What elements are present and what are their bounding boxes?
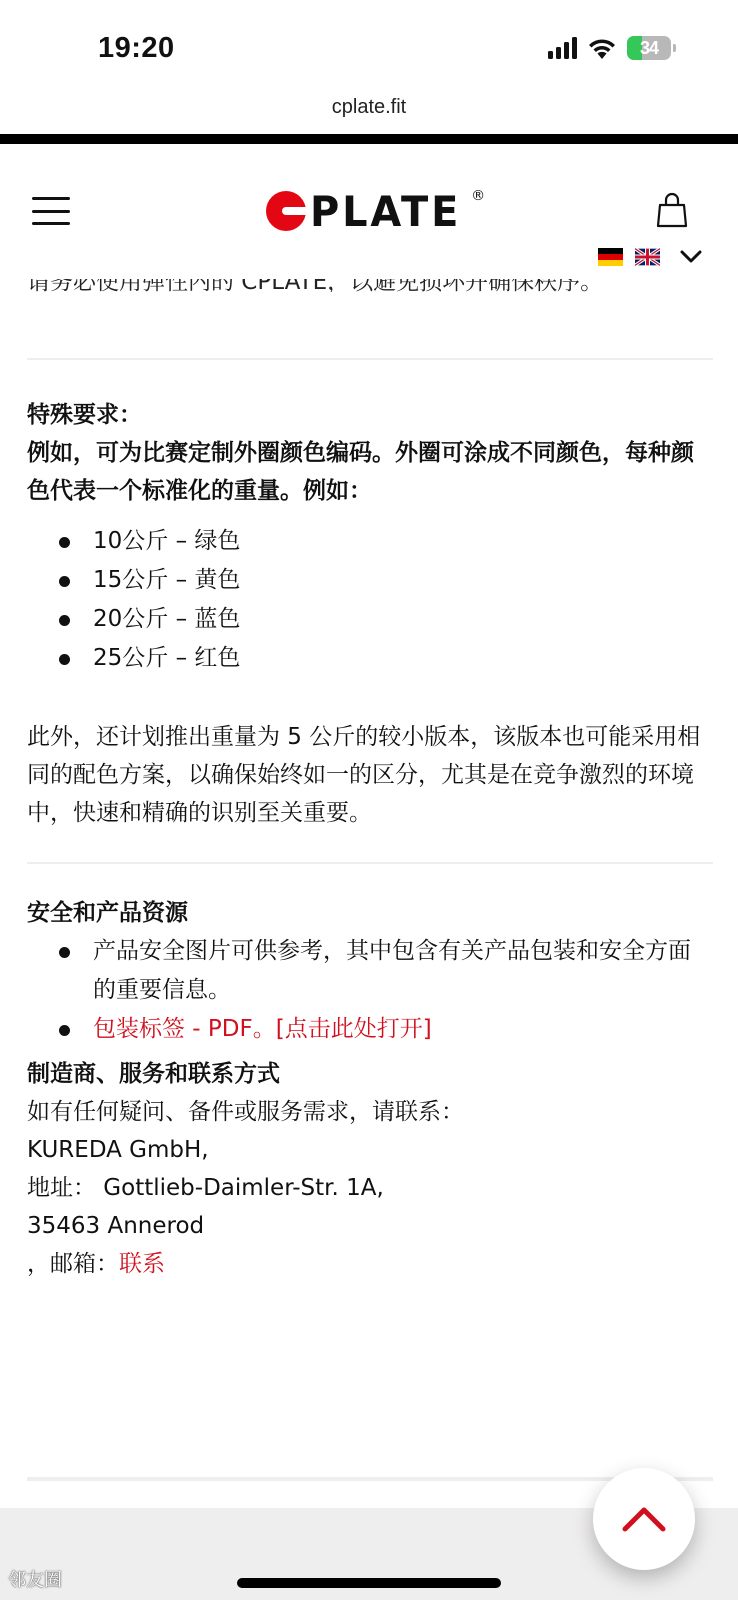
packaging-label-pdf-link[interactable]: 包装标签 - PDF。[点击此处打开] [59,1010,711,1049]
manufacturer-section: 制造商、服务和联系方式 如有任何疑问、备件或服务需求，请联系： KUREDA G… [27,1055,711,1283]
logo-text: PLATE [310,187,461,236]
special-requirements-section: 特殊要求： 例如，可为比赛定制外圈颜色编码。外圈可涂成不同颜色，每种颜色代表一个… [27,396,711,832]
list-item: 10公斤 – 绿色 [59,522,711,561]
shopping-bag-icon[interactable] [656,192,688,228]
special-requirements-heading: 特殊要求： [27,396,711,434]
email-line: ，邮箱：联系 [27,1245,711,1283]
language-switcher [598,248,702,266]
list-item: 产品安全图片可供参考，其中包含有关产品包装和安全方面的重要信息。 [59,932,711,1010]
chevron-down-icon[interactable] [680,250,702,264]
email-label: ，邮箱： [27,1251,119,1277]
contact-intro: 如有任何疑问、备件或服务需求，请联系： [27,1093,711,1131]
address-street: 地址： Gottlieb-Daimler-Str. 1A, [27,1169,711,1207]
safety-heading: 安全和产品资源 [27,894,711,932]
browser-divider [0,134,738,144]
home-indicator[interactable] [237,1578,501,1588]
address-city: 35463 Annerod [27,1207,711,1245]
list-item: 20公斤 – 蓝色 [59,600,711,639]
safety-list: 产品安全图片可供参考，其中包含有关产品包装和安全方面的重要信息。 包装标签 - … [59,932,711,1049]
scroll-to-top-button[interactable] [593,1468,695,1570]
chevron-up-icon [621,1505,667,1533]
site-header: PLATE ® [0,144,738,279]
watermark: 邻友圈 [8,1566,62,1592]
list-item: 25公斤 – 红色 [59,639,711,678]
battery-nub [673,44,676,52]
weight-color-list: 10公斤 – 绿色 15公斤 – 黄色 20公斤 – 蓝色 25公斤 – 红色 [59,522,711,678]
safety-section: 安全和产品资源 产品安全图片可供参考，其中包含有关产品包装和安全方面的重要信息。… [27,894,711,1049]
status-time: 19:20 [98,32,175,65]
list-item: 15公斤 – 黄色 [59,561,711,600]
product-description: 请务必使用弹性内的 CPLATE，以避免损坏并确保秩序。 特殊要求： 例如，可为… [27,270,711,1283]
battery-percent: 34 [640,38,658,59]
wifi-icon [587,37,617,59]
battery-charging-icon: 34 [627,36,671,60]
uk-flag-icon[interactable] [635,248,660,266]
company-name: KUREDA GmbH, [27,1131,711,1169]
status-icons: 34 [548,36,676,60]
hamburger-icon[interactable] [32,197,70,225]
url-text: cplate.fit [332,96,406,118]
site-logo[interactable]: PLATE ® [266,186,485,236]
special-requirements-intro: 例如，可为比赛定制外圈颜色编码。外圈可涂成不同颜色，每种颜色代表一个标准化的重量… [27,434,711,510]
manufacturer-heading: 制造商、服务和联系方式 [27,1055,711,1093]
contact-link[interactable]: 联系 [119,1251,165,1277]
de-flag-icon[interactable] [598,248,623,266]
smaller-version-note: 此外，还计划推出重量为 5 公斤的较小版本，该版本也可能采用相同的配色方案，以确… [27,718,711,832]
logo-mark-icon [266,191,306,231]
status-bar: 19:20 34 [0,0,738,100]
signal-icon [548,37,577,59]
url-bar[interactable]: cplate.fit [0,96,738,132]
registered-mark: ® [471,188,485,204]
